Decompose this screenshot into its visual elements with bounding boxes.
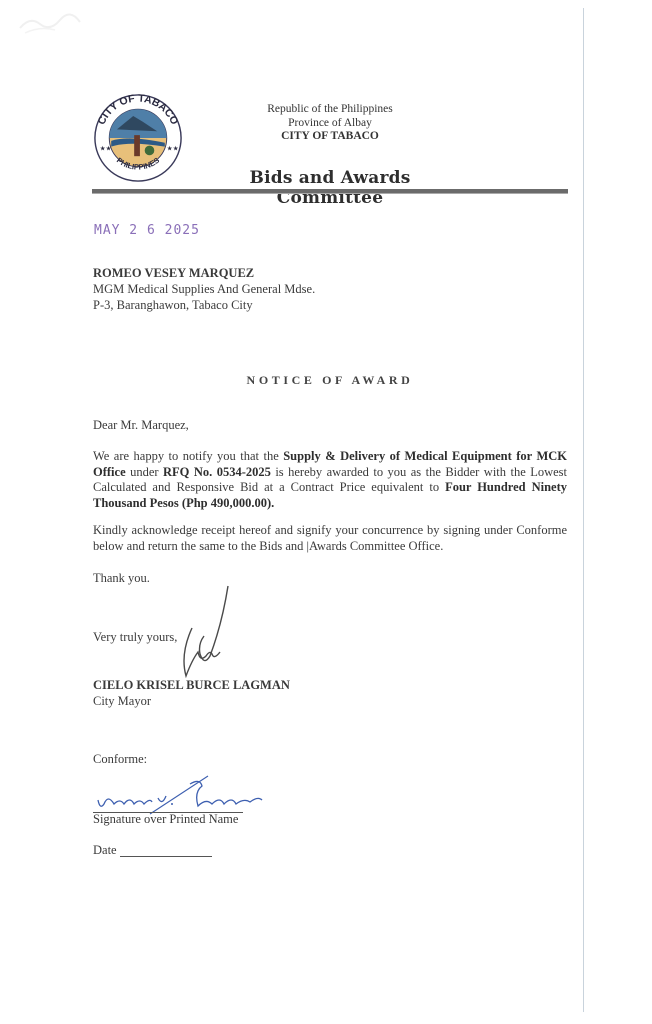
letterhead: Republic of the Philippines Province of … [200,103,460,144]
addressee-name: ROMEO VESEY MARQUEZ [93,265,315,281]
award-paragraph: We are happy to notify you that the Supp… [93,449,567,511]
valediction: Very truly yours, [93,630,177,645]
svg-text:★★: ★★ [167,144,179,152]
signatory-name: CIELO KRISEL BURCE LAGMAN [93,677,290,693]
addressee-block: ROMEO VESEY MARQUEZ MGM Medical Supplies… [93,265,315,313]
conforme-label: Conforme: [93,752,147,767]
salutation: Dear Mr. Marquez, [93,418,189,433]
signature-caption: Signature over Printed Name [93,812,238,827]
date-line [120,856,212,857]
thanks-line: Thank you. [93,571,150,586]
page-margin-rule [583,8,584,1012]
date-stamp: MAY 2 6 2025 [94,223,200,238]
letterhead-city: CITY OF TABACO [200,130,460,144]
city-seal-icon: CITY OF TABACO PHILIPPINES ★★ ★★ [90,93,186,183]
addressee-address: P-3, Baranghawon, Tabaco City [93,297,315,313]
date-label: Date [93,843,117,858]
notice-title: NOTICE OF AWARD [92,373,568,388]
rfq-number: RFQ No. 0534-2025 [163,465,271,479]
acknowledge-paragraph: Kindly acknowledge receipt hereof and si… [93,523,567,554]
svg-text:★★: ★★ [100,144,112,152]
letterhead-province: Province of Albay [200,117,460,131]
header-divider [92,189,568,194]
mayor-signature [170,584,250,684]
body-text: under [126,465,163,479]
committee-title: Bids and Awards Committee [200,168,460,208]
letterhead-country: Republic of the Philippines [200,103,460,117]
body-text: We are happy to notify you that the [93,449,283,463]
faint-scan-mark [15,8,85,38]
signatory-block: CIELO KRISEL BURCE LAGMAN City Mayor [93,677,290,709]
signatory-title: City Mayor [93,693,290,709]
addressee-company: MGM Medical Supplies And General Mdse. [93,281,315,297]
